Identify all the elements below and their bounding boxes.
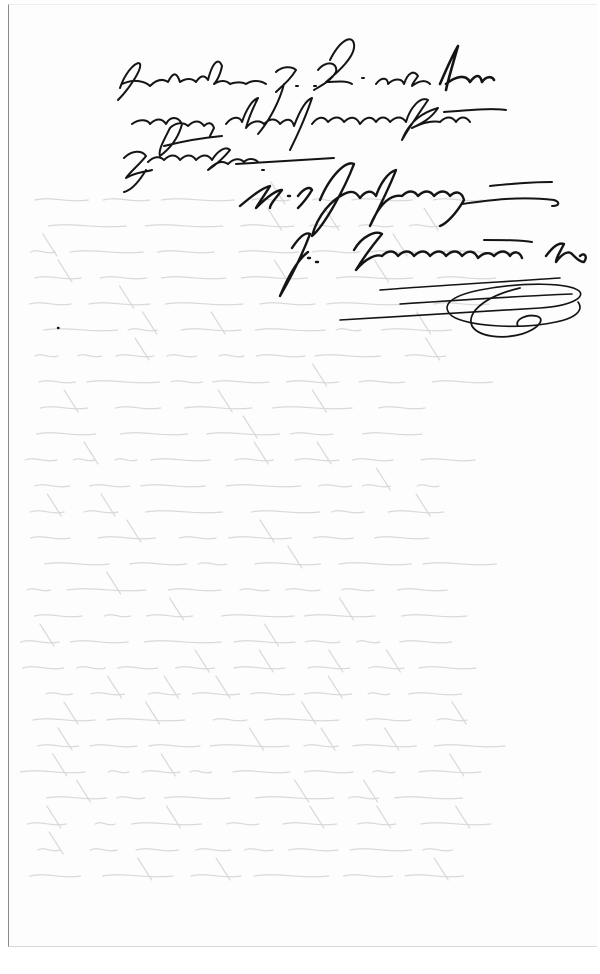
closing-line	[240, 163, 558, 236]
body-line-3	[124, 148, 334, 192]
handwriting	[0, 0, 600, 974]
body-line-2	[132, 98, 506, 156]
body-line-1	[118, 39, 494, 134]
signature	[280, 233, 586, 337]
